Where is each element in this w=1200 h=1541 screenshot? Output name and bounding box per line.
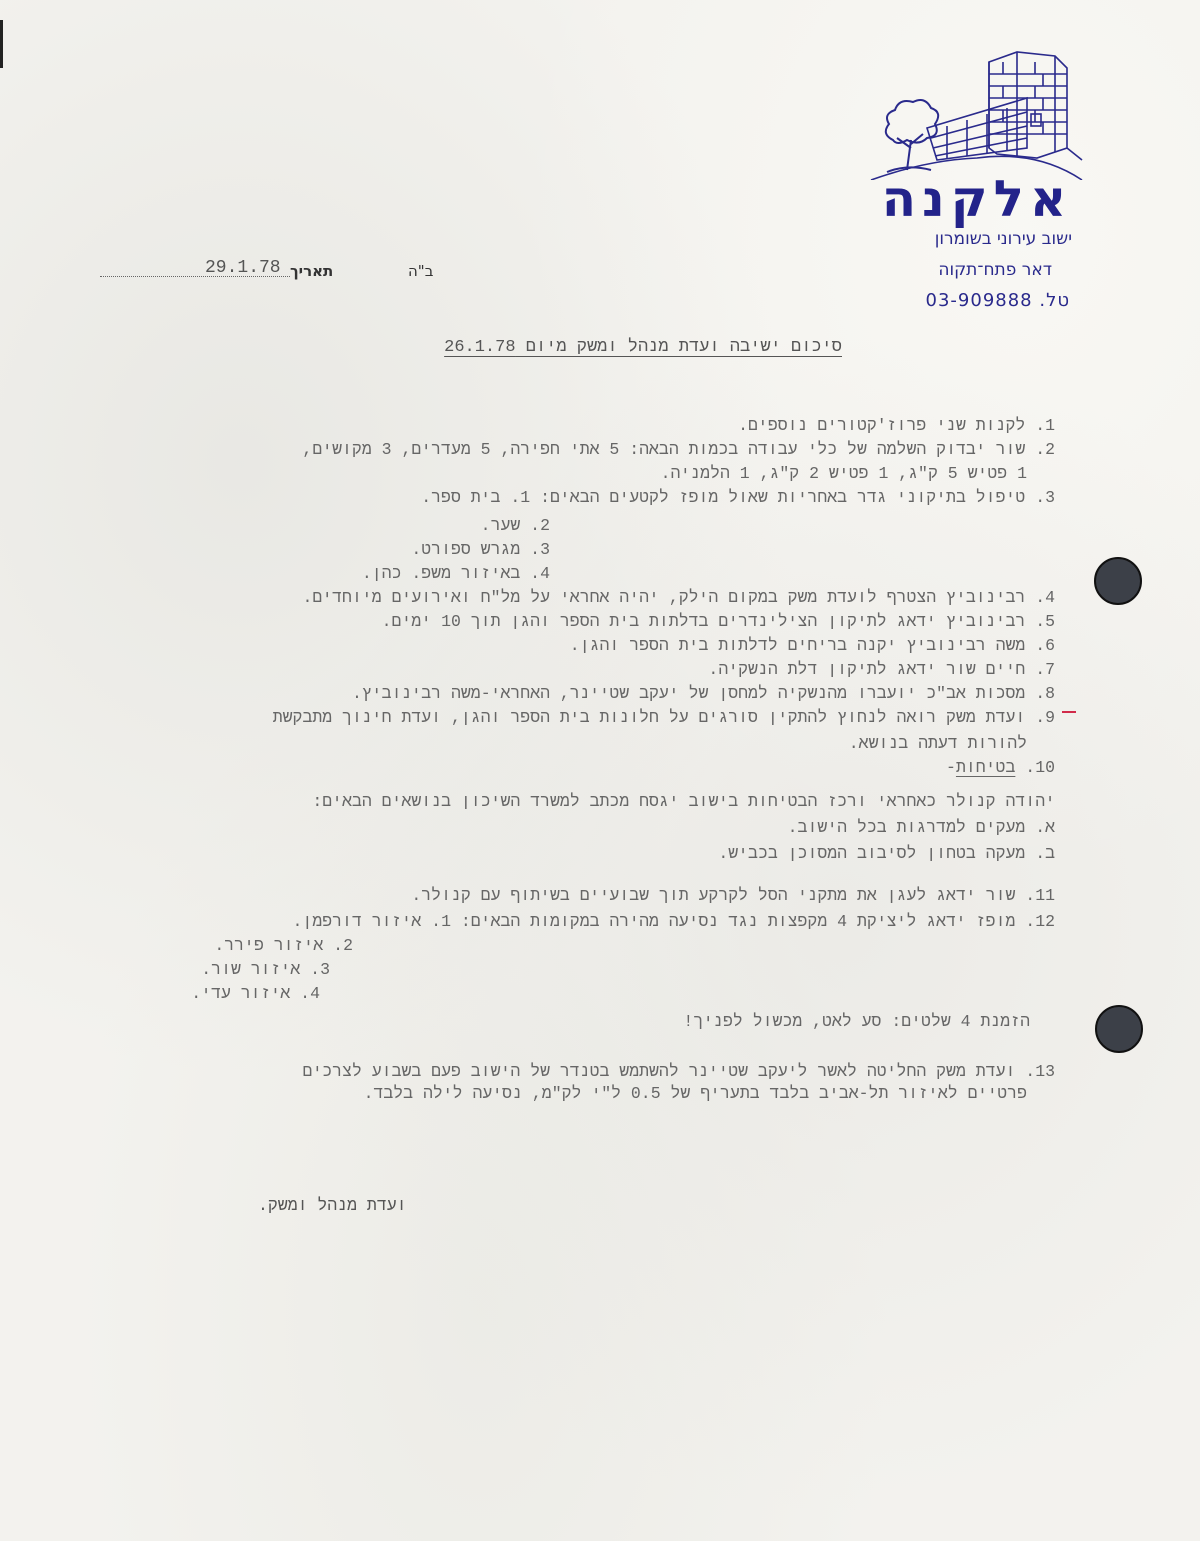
item-7: 7. חיים שור ידאג לתיקון דלת הנשקיה. [708,658,1055,682]
safety-point-a: א. מעקים למדרגות בכל הישוב. [788,816,1055,840]
item-3-sub-3: 3. מגרש ספורט. [411,538,550,562]
castle-tower-tree-icon [867,30,1087,180]
org-subtitle: ישוב עירוני בשומרון [862,228,1092,250]
item-1: 1. לקנות שני פרוז'קטורים נוספים. [738,414,1055,438]
item-4: 4. רבינוביץ הצטרף לועדת משק במקום הילק, … [302,586,1055,610]
item-10: 10. בטיחות- [946,756,1055,780]
safety-point-b: ב. מעקה בטחון לסיבוב המסוכן בכביש. [718,842,1055,866]
scan-edge-mark [0,20,3,68]
item-9-cont: להורות דעתה בנושא. [849,732,1027,756]
punch-hole [1095,1005,1143,1053]
item-9: 9. ועדת משק רואה לנחוץ להתקין סורגים על … [273,706,1055,730]
item-12-sub-2: 2. איזור פירר. [214,934,353,958]
item-2: 2. שור יבדוק השלמה של כלי עבודה בכמות הב… [302,438,1055,462]
document-title: סיכום ישיבה ועדת מנהל ומשק מיום 26.1.78 [444,338,842,357]
phone-number: 03-909888 [926,290,1033,311]
item-11: 11. שור ידאג לעגן את מתקני הסל לקרקע תוך… [411,884,1055,908]
date-value: 29.1.78 [205,258,281,278]
letterhead: אלקנה ישוב עירוני בשומרון דאר פתח־תקוה ט… [862,30,1092,314]
safety-heading: בטיחות [956,758,1015,777]
signature: ועדת מנהל ומשק. [258,1196,407,1215]
date-label: תאריך [290,262,333,280]
item-5: 5. רבינוביץ ידאג לתיקון הצילינדרים בדלתו… [382,610,1055,634]
signs-note: הזמנת 4 שלטים: סע לאט, מכשול לפניך! [683,1010,1030,1034]
bh-mark: ב"ה [408,262,433,280]
item-12-sub-3: 3. איזור שור. [201,958,330,982]
item-3-sub-2: 2. שער. [481,514,550,538]
item-13: 13. ועדת משק החליטה לאשר ליעקב שטיינר לה… [302,1060,1055,1084]
item-13-cont: פרטיים לאיזור תל-אביב בלבד בתעריף של 0.5… [364,1082,1027,1106]
item-2-cont: 1 פטיש 5 ק"ג, 1 פטיש 2 ק"ג, 1 הלמניה. [661,462,1027,486]
org-address: דאר פתח־תקוה [862,258,1092,282]
org-phone-row: טל. 03-909888 [862,288,1092,314]
org-name: אלקנה [862,174,1092,224]
item-8: 8. מסכות אב"כ יועברו מהנשקיה למחסן של יע… [352,682,1055,706]
phone-label: טל. [1039,290,1070,311]
red-pen-mark [1062,711,1076,713]
item-3-sub-4: 4. באיזור משפ. כהן. [362,562,550,586]
punch-hole [1094,557,1142,605]
item-12: 12. מופז ידאג ליציקת 4 מקפצות נגד נסיעה … [293,910,1055,934]
safety-intro: יהודה קנולר כאחראי ורכז הבטיחות בישוב יג… [312,790,1055,814]
item-3: 3. טיפול בתיקוני גדר באחריות שאול מופז ל… [421,486,1055,510]
item-12-sub-4: 4. איזור עדי. [191,982,320,1006]
item-6: 6. משה רבינוביץ יקנה בריחים לדלתות בית ה… [570,634,1055,658]
